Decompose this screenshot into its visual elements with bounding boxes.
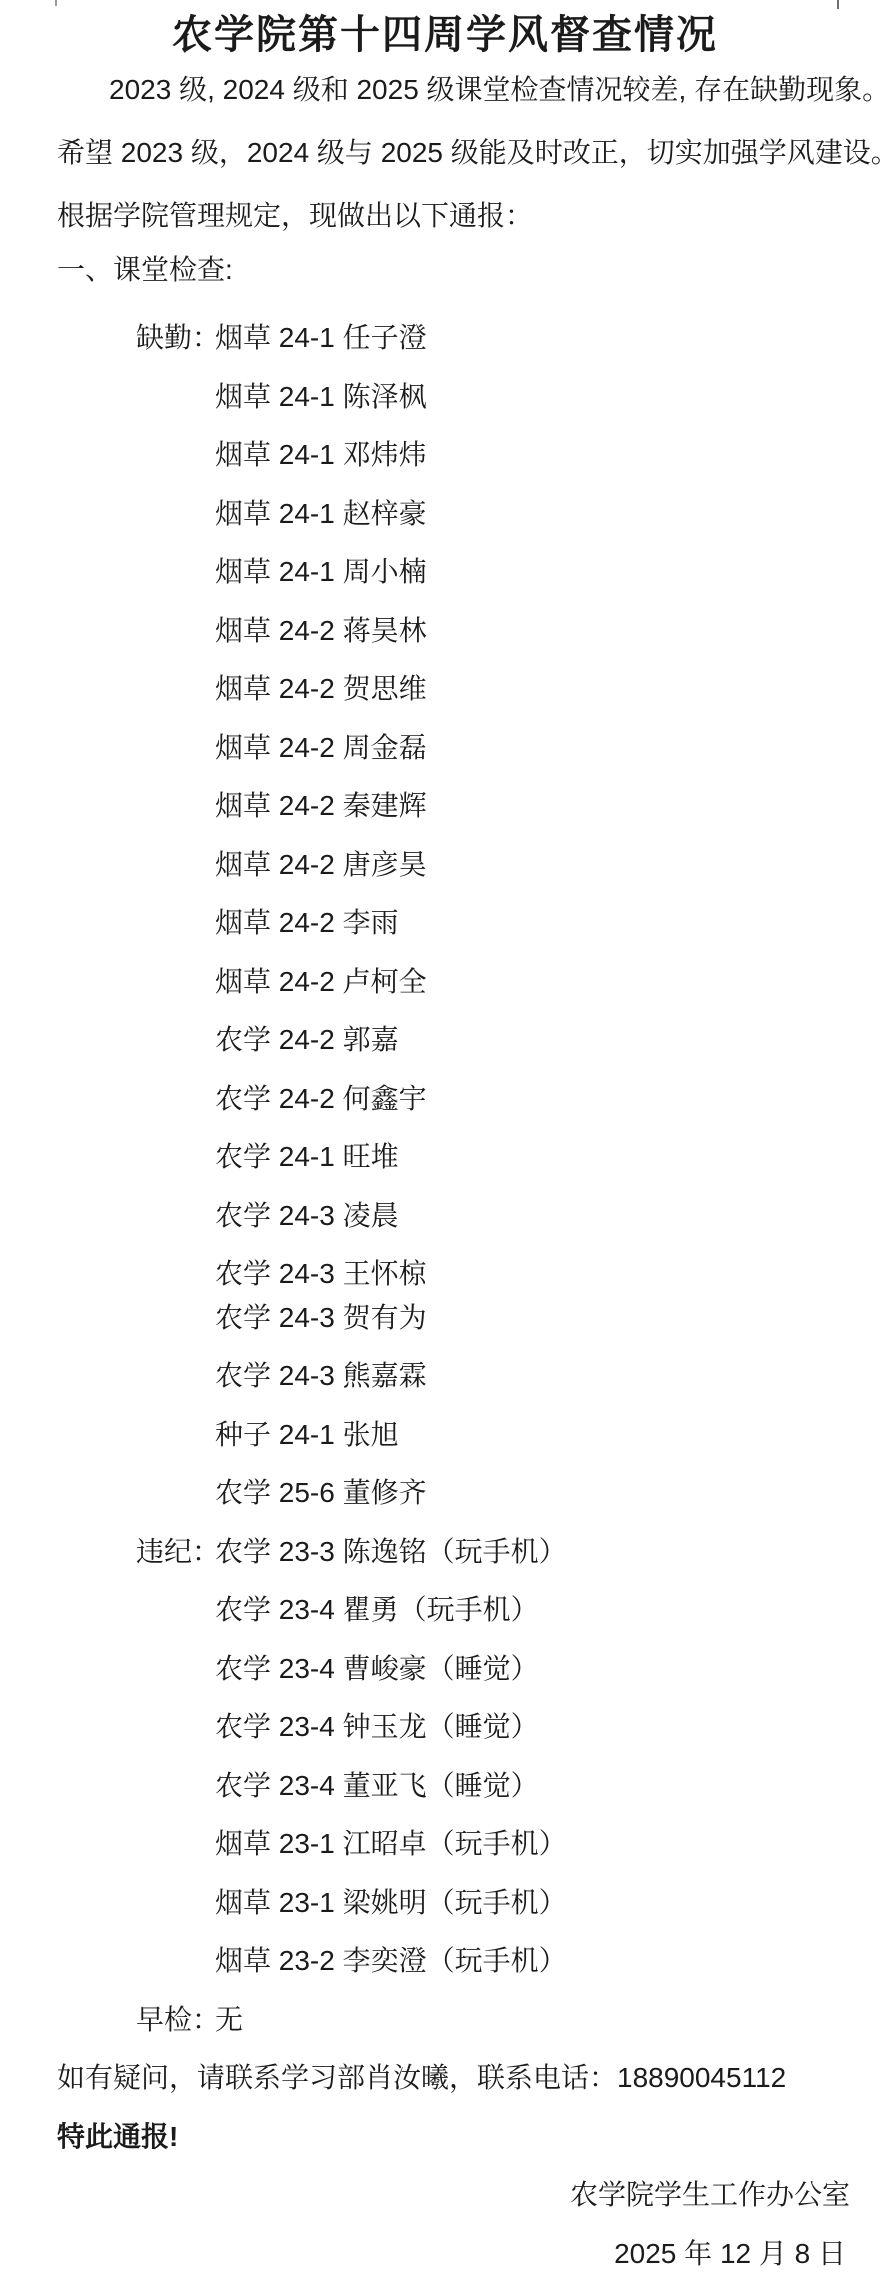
morning-check-row: 早检： 无: [0, 1991, 890, 2050]
intro-paragraph-line: 希望 2023 级，2024 级与 2025 级能及时改正，切实加强学风建设。: [57, 121, 860, 184]
absent-item: 烟草 24-2 唐彦昊: [215, 849, 427, 880]
violation-item: 农学 23-3 陈逸铭（玩手机）: [215, 1536, 567, 1567]
section-heading: 一、课堂检查:: [57, 247, 890, 293]
absent-item: 农学 24-3 熊嘉霖: [215, 1360, 427, 1391]
violation-row: 农学 23-4 董亚飞（睡觉）: [0, 1757, 890, 1816]
absent-item: 烟草 24-2 秦建辉: [215, 790, 427, 821]
violation-item: 农学 23-4 董亚飞（睡觉）: [215, 1770, 539, 1801]
absent-row: 农学 24-2 何鑫宇: [0, 1070, 890, 1129]
violation-row: 烟草 23-1 梁姚明（玩手机）: [0, 1874, 890, 1933]
absent-row: 农学 24-3 熊嘉霖: [0, 1347, 890, 1406]
absent-item: 农学 24-2 郭嘉: [215, 1024, 399, 1055]
absent-item: 种子 24-1 张旭: [215, 1419, 399, 1450]
absent-row: 农学 24-3 贺有为: [0, 1289, 890, 1348]
absent-item: 农学 24-3 贺有为: [215, 1302, 427, 1333]
violation-row: 违纪： 农学 23-3 陈逸铭（玩手机）: [0, 1523, 890, 1582]
violation-item: 烟草 23-1 梁姚明（玩手机）: [215, 1887, 567, 1918]
absent-row: 烟草 24-1 邓炜炜: [0, 426, 890, 485]
inspection-list: 缺勤： 烟草 24-1 任子澄 烟草 24-1 陈泽枫 烟草 24-1 邓炜炜 …: [0, 309, 890, 2049]
absent-row: 农学 24-2 郭嘉: [0, 1011, 890, 1070]
violation-group-label: 违纪：: [136, 1523, 220, 1582]
absent-group-label: 缺勤：: [136, 309, 220, 368]
absent-item: 烟草 24-1 陈泽枫: [215, 381, 427, 412]
absent-item: 农学 24-3 王怀椋: [215, 1258, 427, 1289]
intro-paragraph-line: 2023 级, 2024 级和 2025 级课堂检查情况较差, 存在缺勤现象。: [57, 58, 860, 121]
signature: 农学院学生工作办公室: [0, 2166, 890, 2225]
absent-row: 烟草 24-1 陈泽枫: [0, 368, 890, 427]
absent-row: 烟草 24-2 贺思维: [0, 660, 890, 719]
absent-item: 农学 24-3 凌晨: [215, 1200, 399, 1231]
page-edge-mark: [837, 0, 839, 9]
date: 2025 年 12 月 8 日: [0, 2225, 890, 2284]
violation-item: 农学 23-4 瞿勇（玩手机）: [215, 1594, 539, 1625]
absent-row: 烟草 24-2 周金磊: [0, 719, 890, 778]
absent-item: 烟草 24-1 赵梓豪: [215, 498, 427, 529]
closing-statement: 特此通报!: [57, 2108, 890, 2167]
violation-item: 烟草 23-2 李奕澄（玩手机）: [215, 1945, 567, 1976]
violation-item: 农学 23-4 钟玉龙（睡觉）: [215, 1711, 539, 1742]
absent-item: 烟草 24-2 周金磊: [215, 732, 427, 763]
violation-row: 农学 23-4 钟玉龙（睡觉）: [0, 1698, 890, 1757]
absent-item: 烟草 24-1 任子澄: [215, 322, 427, 353]
absent-row: 烟草 24-1 周小楠: [0, 543, 890, 602]
absent-row: 烟草 24-2 李雨: [0, 894, 890, 953]
absent-item: 烟草 24-1 周小楠: [215, 556, 427, 587]
absent-row: 缺勤： 烟草 24-1 任子澄: [0, 309, 890, 368]
absent-item: 烟草 24-2 卢柯全: [215, 966, 427, 997]
absent-item: 农学 24-2 何鑫宇: [215, 1083, 427, 1114]
absent-row: 烟草 24-2 卢柯全: [0, 953, 890, 1012]
violation-row: 烟草 23-2 李奕澄（玩手机）: [0, 1932, 890, 1991]
absent-row: 烟草 24-2 蒋昊林: [0, 602, 890, 661]
absent-row: 种子 24-1 张旭: [0, 1406, 890, 1465]
violation-item: 烟草 23-1 江昭卓（玩手机）: [215, 1828, 567, 1859]
page-title: 农学院第十四周学风督查情况: [0, 12, 890, 58]
absent-row: 农学 25-6 董修齐: [0, 1464, 890, 1523]
absent-row: 烟草 24-2 秦建辉: [0, 777, 890, 836]
violation-item: 农学 23-4 曹峻豪（睡觉）: [215, 1653, 539, 1684]
absent-item: 烟草 24-2 蒋昊林: [215, 615, 427, 646]
absent-item: 烟草 24-2 李雨: [215, 907, 399, 938]
absent-row: 烟草 24-2 唐彦昊: [0, 836, 890, 895]
absent-item: 烟草 24-1 邓炜炜: [215, 439, 427, 470]
violation-row: 农学 23-4 曹峻豪（睡觉）: [0, 1640, 890, 1699]
notice-document: 农学院第十四周学风督查情况 2023 级, 2024 级和 2025 级课堂检查…: [0, 0, 890, 2285]
contact-line: 如有疑问，请联系学习部肖汝曦，联系电话：18890045112: [57, 2049, 890, 2108]
violation-row: 烟草 23-1 江昭卓（玩手机）: [0, 1815, 890, 1874]
absent-item: 农学 25-6 董修齐: [215, 1477, 427, 1508]
violation-row: 农学 23-4 瞿勇（玩手机）: [0, 1581, 890, 1640]
morning-check-label: 早检：: [136, 1991, 220, 2050]
absent-row: 农学 24-1 旺堆: [0, 1128, 890, 1187]
absent-item: 烟草 24-2 贺思维: [215, 673, 427, 704]
intro-paragraph-line: 根据学院管理规定，现做出以下通报：: [57, 184, 860, 247]
absent-row: 农学 24-3 凌晨: [0, 1187, 890, 1246]
absent-row: 烟草 24-1 赵梓豪: [0, 485, 890, 544]
page-edge-mark: [55, 0, 57, 6]
absent-item: 农学 24-1 旺堆: [215, 1141, 399, 1172]
